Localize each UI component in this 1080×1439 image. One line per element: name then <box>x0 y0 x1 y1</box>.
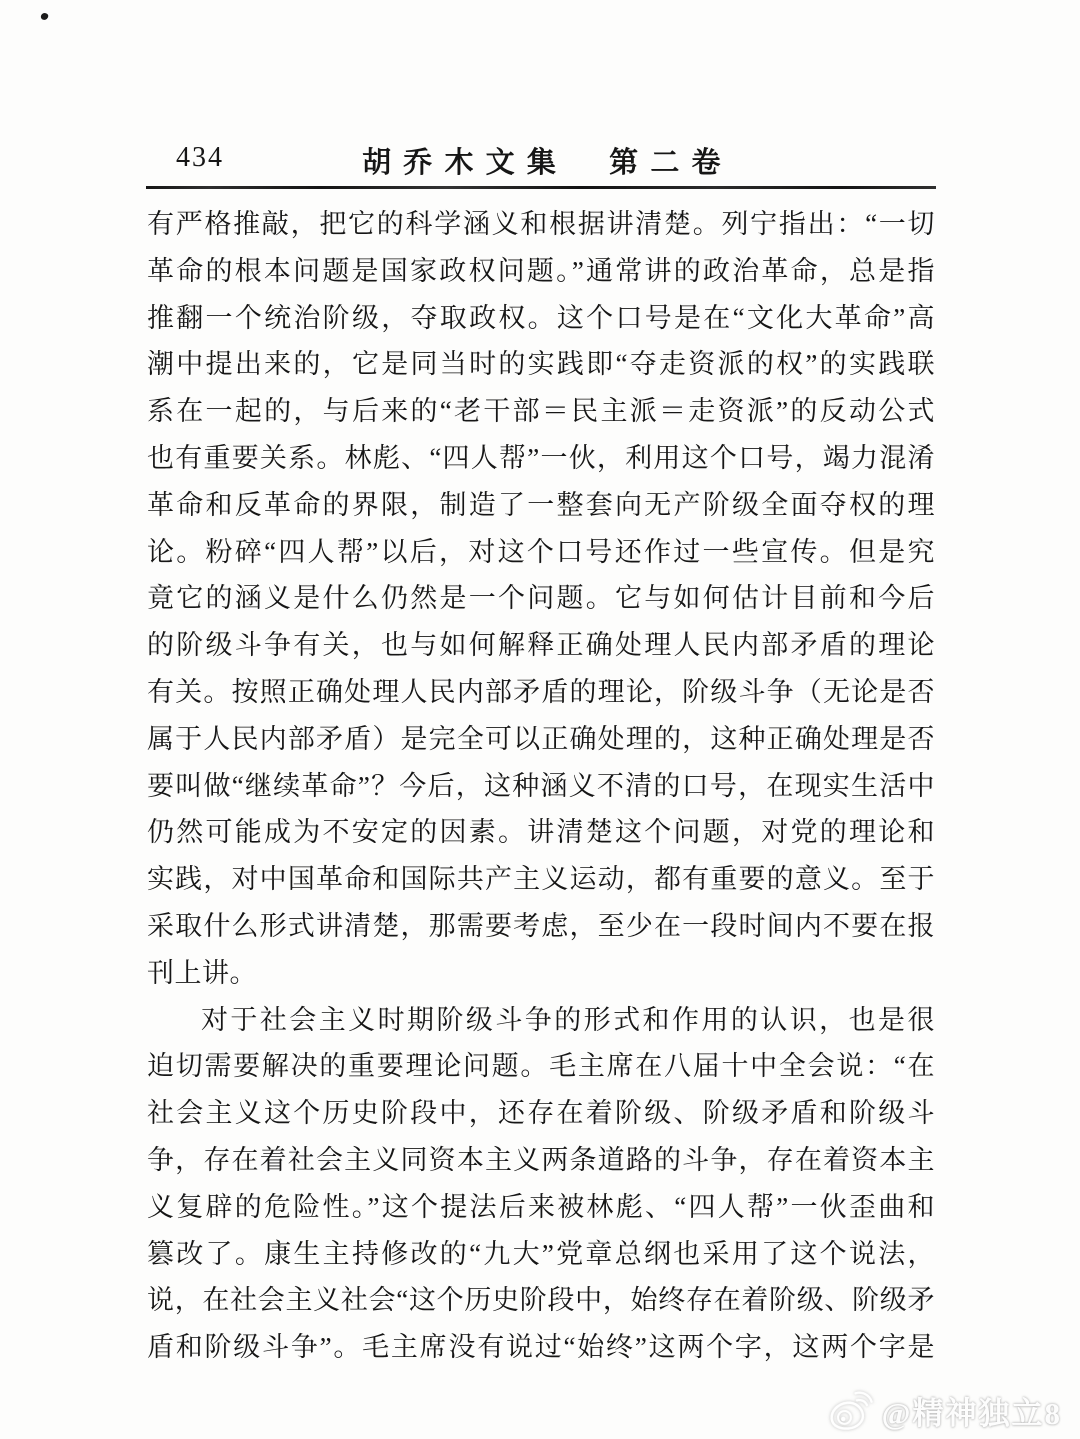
text-line: 篡改了。康生主持修改的“九大”党章总纲也采用了这个说法， <box>147 1231 935 1278</box>
text-line: 社会主义这个历史阶段中，还存在着阶级、阶级矛盾和阶级斗 <box>147 1090 935 1137</box>
text-line: 实践，对中国革命和国际共产主义运动，都有重要的意义。至于 <box>147 856 935 903</box>
text-line: 属于人民内部矛盾）是完全可以正确处理的，这种正确处理是否 <box>147 716 935 763</box>
running-title: 胡乔木文集 第二卷 <box>362 140 733 181</box>
text-line: 迫切需要解决的重要理论问题。毛主席在八届十中全会说：“在 <box>147 1043 935 1090</box>
text-line: 有严格推敲，把它的科学涵义和根据讲清楚。列宁指出：“一切 <box>147 201 935 248</box>
text-line: 说，在社会主义社会“这个历史阶段中，始终存在着阶级、阶级矛 <box>147 1277 935 1324</box>
header-rule <box>146 186 936 189</box>
text-line: 潮中提出来的，它是同当时的实践即“夺走资派的权”的实践联 <box>147 341 935 388</box>
text-line: 竟它的涵义是什么仍然是一个问题。它与如何估计目前和今后 <box>147 575 935 622</box>
text-line: 盾和阶级斗争”。毛主席没有说过“始终”这两个字，这两个字是 <box>147 1324 935 1371</box>
text-line: 有关。按照正确处理人民内部矛盾的理论，阶级斗争（无论是否 <box>147 669 935 716</box>
text-line: 也有重要关系。林彪、“四人帮”一伙，利用这个口号，竭力混淆 <box>147 435 935 482</box>
text-line: 采取什么形式讲清楚，那需要考虑，至少在一段时间内不要在报 <box>147 903 935 950</box>
text-line: 要叫做“继续革命”？今后，这种涵义不清的口号，在现实生活中 <box>147 763 935 810</box>
text-line: 刊上讲。 <box>147 950 935 997</box>
text-line: 论。粉碎“四人帮”以后，对这个口号还作过一些宣传。但是究 <box>147 529 935 576</box>
watermark-handle: @精神独立8 <box>882 1388 1062 1433</box>
page-body: 有严格推敲，把它的科学涵义和根据讲清楚。列宁指出：“一切革命的根本问题是国家政权… <box>147 201 935 1371</box>
page-header: 434 胡乔木文集 第二卷 <box>148 138 932 182</box>
text-line: 推翻一个统治阶级，夺取政权。这个口号是在“文化大革命”高 <box>147 295 935 342</box>
text-line: 革命和反革命的界限，制造了一整套向无产阶级全面夺权的理 <box>147 482 935 529</box>
weibo-icon <box>826 1388 876 1433</box>
text-line: 系在一起的，与后来的“老干部＝民主派＝走资派”的反动公式 <box>147 388 935 435</box>
watermark: @精神独立8 <box>828 1388 1062 1433</box>
book-page: 434 胡乔木文集 第二卷 有严格推敲，把它的科学涵义和根据讲清楚。列宁指出：“… <box>0 0 1080 1439</box>
text-line: 仍然可能成为不安定的因素。讲清楚这个问题，对党的理论和 <box>147 809 935 856</box>
text-line: 争，存在着社会主义同资本主义两条道路的斗争，存在着资本主 <box>147 1137 935 1184</box>
text-line: 革命的根本问题是国家政权问题。”通常讲的政治革命，总是指 <box>147 248 935 295</box>
text-line: 的阶级斗争有关，也与如何解释正确处理人民内部矛盾的理论 <box>147 622 935 669</box>
text-line: 义复辟的危险性。”这个提法后来被林彪、“四人帮”一伙歪曲和 <box>147 1184 935 1231</box>
scan-artifact-speck <box>40 12 49 21</box>
page-number: 434 <box>176 142 224 174</box>
text-line: 对于社会主义时期阶级斗争的形式和作用的认识，也是很 <box>147 997 935 1044</box>
